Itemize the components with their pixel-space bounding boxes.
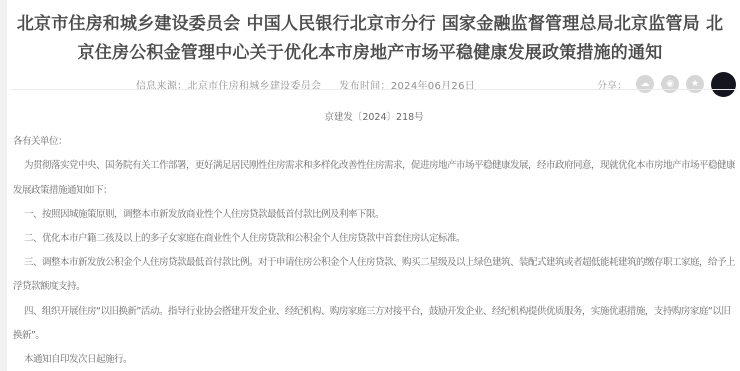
policy-item-4: 四、组织开展住房“以旧换新”活动。指导行业协会搭建开发企业、经纪机构、购房家庭三…	[13, 300, 735, 348]
policy-item-3: 三、调整本市新发放公积金个人住房贷款最低首付款比例。对于申请住房公积金个人住房贷…	[13, 251, 735, 299]
document-number: 京建发〔2024〕218号	[13, 106, 735, 130]
closing-line: 本通知自印发次日起施行。	[13, 348, 735, 371]
page-title: 北京市住房和城乡建设委员会 中国人民银行北京市分行 国家金融监督管理总局北京监管…	[14, 10, 726, 68]
notice-header: 北京市住房和城乡建设委员会 中国人民银行北京市分行 国家金融监督管理总局北京监管…	[0, 0, 740, 94]
policy-item-2: 二、优化本市户籍二孩及以上的多子女家庭在商业性个人住房贷款和公积金个人住房贷款中…	[13, 227, 735, 251]
salutation: 各有关单位：	[13, 130, 735, 154]
notice-body: 京建发〔2024〕218号 各有关单位： 为贯彻落实党中央、国务院有关工作部署，…	[0, 90, 740, 371]
policy-item-1: 一、按照因城施策原则，调整本市新发放商业性个人住房贷款最低首付款比例及利率下限。	[13, 203, 735, 227]
intro-paragraph: 为贯彻落实党中央、国务院有关工作部署，更好满足居民刚性住房需求和多样化改善性住房…	[13, 154, 735, 202]
